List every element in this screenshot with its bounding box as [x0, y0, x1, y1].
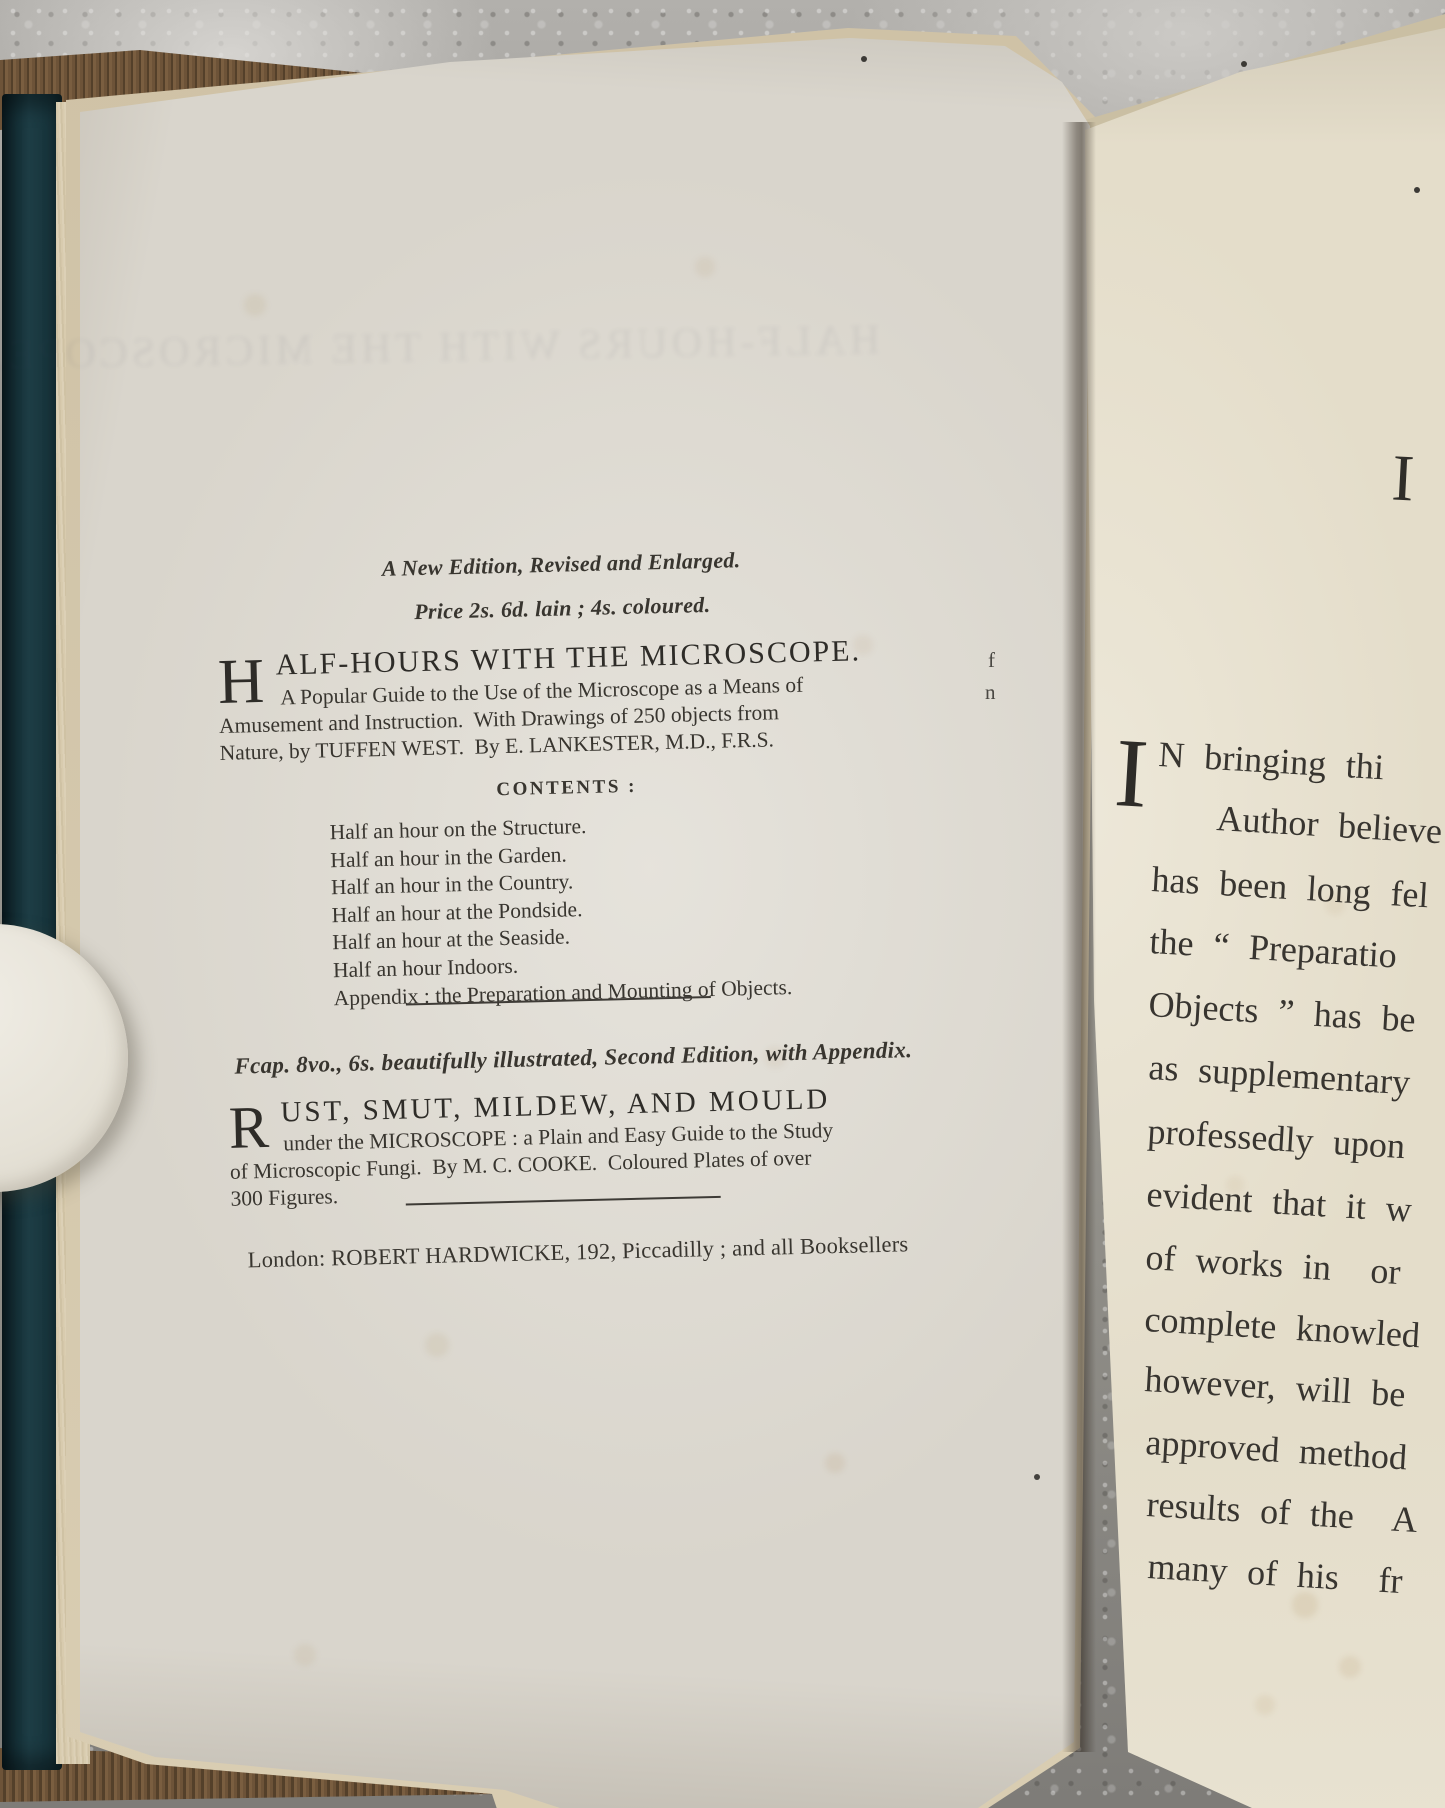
gutter-letter-fragment: f — [988, 648, 995, 673]
rust-smut-ad: R UST, SMUT, MILDEW, AND MOULD under the… — [228, 1079, 923, 1213]
drop-cap-h: H — [217, 649, 265, 714]
half-hours-ad: H ALF-HOURS WITH THE MICROSCOPE. A Popul… — [217, 631, 912, 767]
drop-cap-r: R — [228, 1097, 269, 1158]
heading-letter-fragment: I — [1390, 445, 1415, 512]
dark-specks — [0, 0, 4, 4]
contents-list: Half an hour on the Structure. Half an h… — [329, 808, 792, 1012]
gutter-letter-fragment: n — [985, 680, 996, 705]
drop-cap-i: I — [1112, 724, 1150, 824]
book-photo-scene: HALF-HOURS WITH THE MICROSCOPE. A New Ed… — [0, 0, 1445, 1808]
gutter-crease — [1062, 122, 1096, 1752]
